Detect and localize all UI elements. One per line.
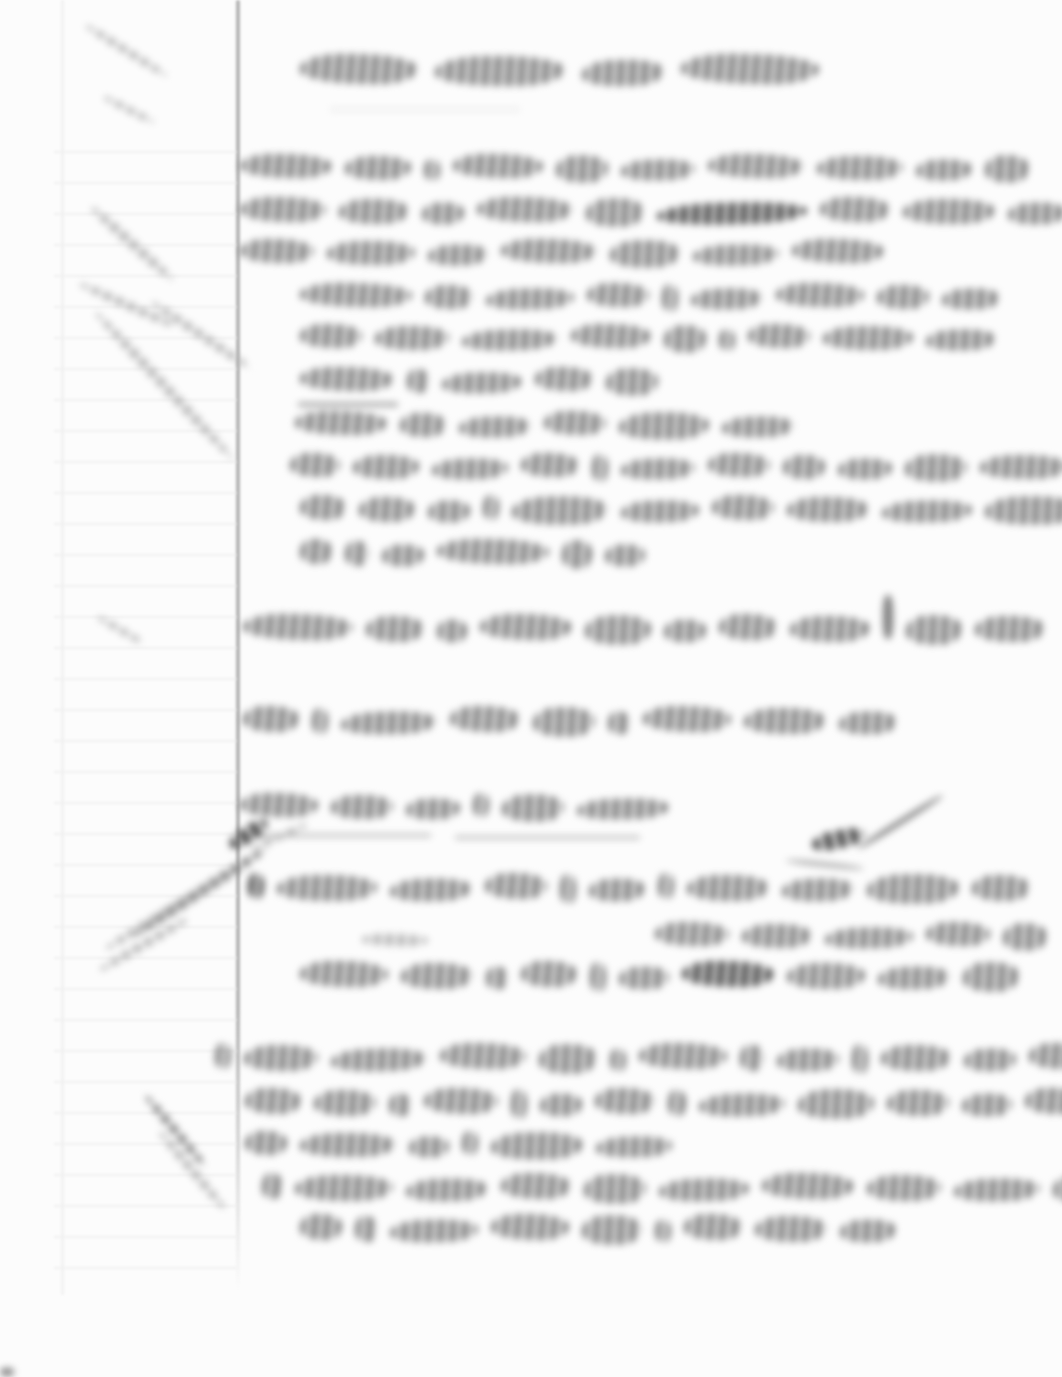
handwritten-word [621, 158, 696, 181]
handwritten-word [424, 1087, 499, 1115]
handwritten-word [839, 711, 898, 735]
handwritten-word [610, 1048, 627, 1071]
handwritten-word [477, 196, 574, 223]
handwritten-word [480, 613, 573, 641]
handwritten-word [790, 616, 870, 642]
bullet-line3 [300, 369, 658, 393]
handwritten-word [521, 960, 578, 987]
handwritten-word [428, 500, 471, 523]
handwritten-word [425, 285, 473, 309]
handwritten-word [655, 1219, 672, 1242]
handwritten-word [244, 1045, 318, 1071]
handwritten-word [339, 199, 409, 224]
handwritten-word [556, 155, 608, 183]
handwritten-word [215, 1043, 232, 1069]
handwritten-word [1008, 202, 1062, 226]
handwritten-word [502, 794, 564, 822]
handwritten-word [390, 1218, 479, 1243]
handwritten-word [582, 1215, 642, 1245]
handwritten-word [300, 282, 413, 309]
handwritten-word [777, 1048, 840, 1073]
handwritten-word [331, 795, 393, 819]
handwritten-word [240, 196, 327, 223]
para1-line2 [240, 199, 1062, 224]
handwritten-word [878, 966, 951, 991]
margin-scribble-stroke [810, 825, 867, 854]
handwritten-word [776, 282, 865, 308]
handwritten-word [590, 962, 606, 992]
handwritten-word [331, 1047, 428, 1073]
handwritten-word [985, 496, 1062, 526]
handwritten-word [664, 325, 706, 353]
margin-scribble-stroke [84, 23, 168, 79]
handwritten-word [240, 238, 315, 264]
ink-layer [0, 0, 1062, 1377]
para6-line1 [215, 1045, 1062, 1071]
handwritten-word [782, 878, 855, 903]
handwritten-word [240, 153, 333, 179]
handwritten-underline [330, 108, 520, 111]
handwritten-word [975, 616, 1045, 642]
handwritten-word [610, 240, 680, 268]
handwritten-word [539, 1044, 597, 1074]
handwritten-word [755, 1216, 827, 1242]
handwritten-word [787, 497, 869, 522]
handwritten-word [535, 366, 594, 391]
handwritten-word [362, 933, 428, 946]
handwritten-word [954, 1177, 1041, 1202]
handwritten-word [262, 1173, 283, 1199]
handwritten-word [619, 412, 709, 440]
handwritten-word [587, 282, 650, 307]
handwritten-word [560, 874, 576, 904]
handwritten-word [544, 410, 607, 435]
handwritten-word [345, 156, 411, 180]
handwritten-word [300, 960, 389, 988]
margin-scribble-stroke [157, 1129, 227, 1211]
handwritten-word [435, 56, 565, 86]
handwritten-word [964, 1048, 1017, 1072]
bullet-line7 [300, 541, 645, 566]
handwritten-word [359, 497, 415, 522]
handwritten-word [382, 544, 425, 567]
handwritten-word [687, 875, 769, 901]
para4-line1 [240, 795, 669, 819]
handwritten-word [300, 323, 363, 348]
handwritten-word [501, 1172, 572, 1200]
para1-line3 [240, 241, 884, 265]
bullet-line1 [300, 285, 1000, 309]
handwritten-word [442, 371, 523, 394]
bullet-line6 [300, 497, 1062, 522]
handwritten-word [887, 1090, 949, 1116]
handwritten-word [375, 326, 449, 350]
handwritten-word [748, 323, 811, 348]
handwritten-word [390, 877, 473, 902]
para5-line1 [248, 875, 1030, 901]
handwritten-word [708, 452, 771, 477]
handwritten-word [290, 452, 341, 477]
handwritten-word [345, 541, 369, 566]
handwritten-word [712, 494, 775, 520]
handwritten-word [877, 285, 929, 309]
handwritten-word [424, 159, 441, 181]
handwritten-word [659, 1177, 750, 1202]
handwritten-word [719, 613, 778, 640]
para6-line3 [245, 1133, 672, 1157]
handwritten-word [840, 1219, 897, 1243]
handwritten-word [300, 539, 333, 565]
handwritten-word [852, 1044, 868, 1074]
handwritten-word [462, 1131, 479, 1155]
handwritten-word [300, 494, 347, 520]
handwritten-word [643, 705, 732, 733]
handwritten-word [798, 1089, 874, 1120]
handwritten-word [838, 458, 893, 481]
handwritten-word [691, 287, 764, 310]
para2-line1 [243, 616, 1045, 642]
handwritten-word [972, 875, 1030, 901]
margin-scribble-stroke [786, 858, 864, 871]
handwritten-word [740, 1045, 764, 1071]
handwritten-word [483, 495, 500, 520]
handwritten-word [867, 874, 959, 905]
handwritten-word [245, 1087, 302, 1114]
handwritten-word [742, 924, 812, 948]
title-line [300, 56, 819, 86]
handwritten-word [792, 238, 885, 264]
handwritten-word [1003, 923, 1047, 951]
handwritten-word [762, 1172, 855, 1200]
handwritten-word [300, 1214, 343, 1241]
handwritten-word [401, 963, 473, 989]
margin-scribble-stroke [0, 1368, 14, 1376]
handwritten-word [521, 452, 580, 477]
handwritten-word [511, 1089, 527, 1119]
handwritten-word [906, 615, 962, 645]
handwritten-word [459, 415, 532, 438]
handwritten-word [312, 708, 328, 734]
handwritten-word [533, 707, 595, 737]
handwritten-word [823, 326, 913, 350]
handwritten-word [300, 1133, 396, 1157]
handwritten-word [699, 1092, 786, 1117]
para6-line2 [245, 1090, 1062, 1116]
handwritten-word [486, 966, 509, 989]
handwritten-underline [298, 403, 398, 406]
handwritten-word [355, 1216, 377, 1242]
handwritten-word [621, 499, 700, 523]
margin-scribble-stroke [93, 309, 236, 461]
handwritten-word [657, 200, 808, 226]
handwritten-word [462, 328, 559, 352]
handwritten-word [562, 540, 592, 569]
para5-line2-right [655, 924, 1047, 948]
handwritten-underline [455, 836, 640, 839]
handwritten-word [817, 156, 903, 180]
handwritten-word [389, 1093, 412, 1116]
handwritten-word [681, 52, 820, 85]
handwritten-word [903, 199, 995, 224]
margin-scribble-stroke [103, 94, 156, 125]
handwritten-word [825, 926, 914, 950]
handwritten-word [926, 921, 991, 946]
margin-scribble-stroke [857, 793, 944, 850]
margin-scribble-stroke [150, 299, 252, 372]
handwritten-word [658, 873, 675, 899]
handwritten-word [314, 1090, 376, 1116]
handwritten-word [606, 368, 658, 396]
handwritten-word [882, 499, 973, 524]
handwritten-word [245, 1131, 288, 1156]
handwritten-word [621, 457, 696, 480]
handwritten-word [655, 921, 730, 947]
handwritten-word [341, 710, 438, 736]
handwritten-word [450, 705, 521, 733]
handwritten-word [407, 369, 429, 393]
handwritten-word [596, 1135, 673, 1158]
para7-line2 [300, 1216, 896, 1242]
handwritten-word [605, 544, 646, 567]
margin-scribble-stroke [97, 614, 145, 645]
handwritten-word [662, 284, 678, 312]
handwritten-word [708, 153, 805, 179]
handwritten-word [881, 1045, 951, 1071]
handwritten-word [571, 323, 652, 349]
handwritten-word [473, 793, 490, 817]
para1-line1 [240, 156, 1029, 180]
handwritten-word [586, 198, 644, 227]
handwritten-word [1025, 1087, 1062, 1114]
handwritten-word [277, 875, 377, 901]
para3-line1 [243, 708, 897, 734]
handwritten-word [406, 1177, 489, 1202]
handwritten-word [300, 53, 419, 86]
handwritten-word [295, 410, 388, 436]
handwritten-word [491, 1213, 570, 1241]
handwritten-word [980, 455, 1062, 479]
handwritten-word [942, 288, 1001, 311]
handwritten-word [422, 202, 465, 225]
margin-scribble-stroke [104, 867, 237, 952]
handwritten-word [409, 1136, 450, 1158]
para7-line1 [262, 1175, 1062, 1201]
handwritten-word [501, 238, 598, 264]
handwritten-word [512, 496, 608, 526]
handwritten-word [867, 1175, 941, 1201]
handwritten-word [491, 1132, 583, 1160]
handwritten-word [985, 155, 1029, 183]
handwritten-word [248, 873, 265, 899]
handwritten-word [432, 457, 509, 480]
handwritten-word [787, 963, 865, 989]
handwritten-word [437, 538, 550, 566]
handwritten-word [295, 1175, 393, 1201]
handwritten-word [453, 153, 544, 179]
handwritten-word [582, 59, 665, 88]
handwritten-word [693, 243, 780, 267]
handwritten-word [608, 711, 631, 734]
handwritten-word [783, 455, 825, 479]
handwritten-word [540, 1093, 583, 1117]
handwritten-word [719, 329, 736, 351]
handwritten-word [619, 966, 670, 990]
document-page [0, 0, 1062, 1377]
handwritten-word [916, 159, 973, 182]
handwritten-word [240, 792, 319, 818]
bullet-line4 [295, 413, 794, 437]
handwritten-word [639, 1042, 728, 1070]
handwritten-word [406, 798, 461, 821]
handwritten-word [437, 619, 468, 643]
handwritten-word [682, 960, 775, 988]
handwritten-word [577, 797, 670, 821]
handwritten-word [963, 962, 1019, 992]
handwritten-word [300, 366, 395, 392]
handwritten-word [684, 1213, 743, 1240]
handwritten-word [584, 1174, 646, 1204]
para5-smallword [362, 936, 428, 948]
bullet-line5 [290, 455, 1062, 479]
handwritten-word [486, 287, 575, 311]
handwritten-word [589, 878, 646, 902]
handwritten-word [595, 1087, 656, 1114]
handwritten-word [428, 244, 489, 267]
handwritten-word [353, 455, 419, 479]
handwritten-word [440, 1042, 527, 1070]
handwritten-word [366, 616, 424, 642]
handwritten-word [744, 708, 826, 734]
handwritten-word [962, 1093, 1013, 1117]
handwritten-word [1053, 1174, 1062, 1204]
handwritten-word [592, 454, 608, 482]
handwritten-word [926, 328, 997, 351]
margin-scribble-stroke [89, 204, 175, 283]
handwritten-word [585, 615, 651, 645]
handwritten-word [1029, 1042, 1062, 1069]
handwritten-word [485, 872, 548, 899]
handwritten-word [820, 196, 891, 223]
handwritten-word [905, 454, 967, 482]
bullet-line2 [300, 326, 996, 350]
handwritten-word [664, 619, 707, 643]
handwritten-word [243, 705, 300, 732]
para5-line3 [300, 963, 1019, 989]
handwritten-word [243, 613, 354, 641]
handwritten-word [400, 413, 446, 437]
handwritten-word [722, 415, 795, 438]
handwritten-word [883, 595, 893, 639]
handwritten-word [327, 241, 415, 265]
handwritten-word [668, 1090, 686, 1116]
